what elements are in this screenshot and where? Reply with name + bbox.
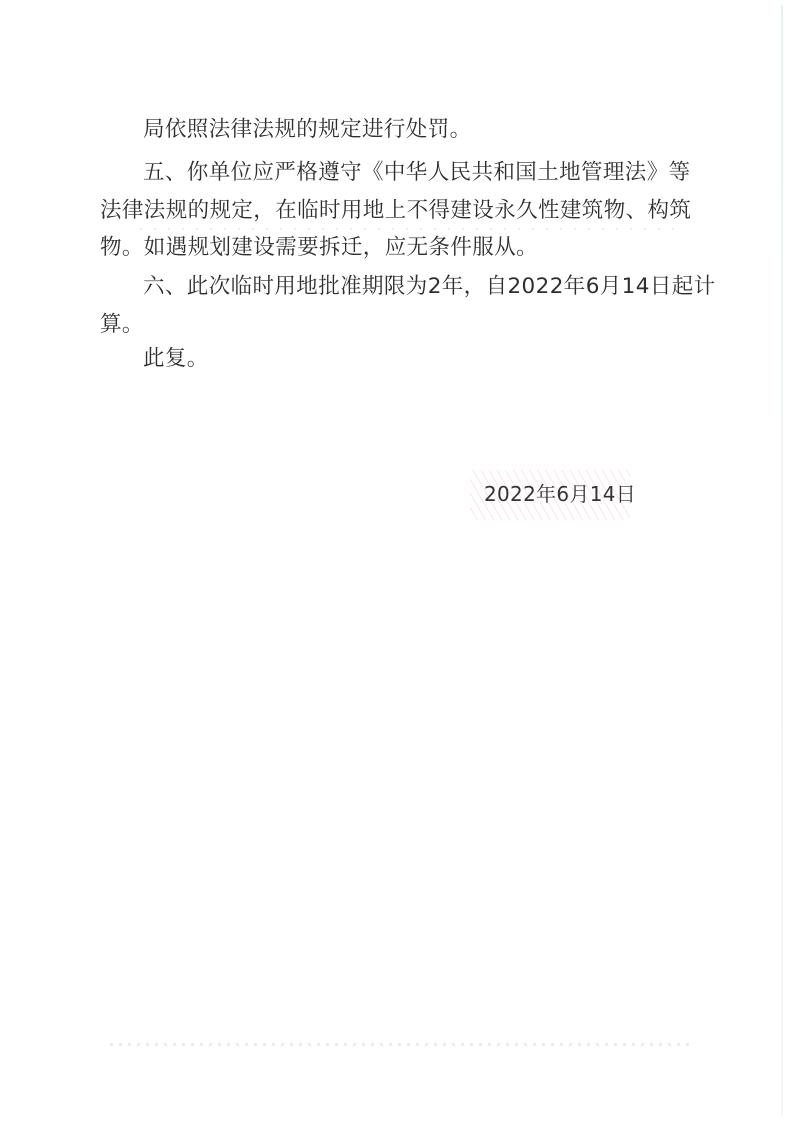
- scan-artifact: [140, 228, 680, 230]
- closing-remark: 此复。: [143, 344, 209, 374]
- signature-date: 2022年6月14日: [484, 479, 636, 509]
- paragraph-5-line-1: 五、你单位应严格遵守《中华人民共和国土地管理法》等: [143, 158, 691, 188]
- scan-edge-line: [781, 5, 783, 1115]
- document-page: 局依照法律法规的规定进行处罚。 五、你单位应严格遵守《中华人民共和国土地管理法》…: [0, 0, 793, 1122]
- paragraph-6-line-2: 算。: [100, 310, 144, 340]
- paragraph-6-line-1: 六、此次临时用地批准期限为2年，自2022年6月14日起计: [143, 272, 716, 302]
- paragraph-5-line-3: 物。如遇规划建设需要拆迁，应无条件服从。: [100, 233, 538, 263]
- paragraph-5-line-2: 法律法规的规定，在临时用地上不得建设永久性建筑物、构筑: [100, 196, 691, 226]
- text-line-continuation: 局依照法律法规的规定进行处罚。: [143, 115, 472, 145]
- scan-artifact-bottom: [110, 1043, 690, 1046]
